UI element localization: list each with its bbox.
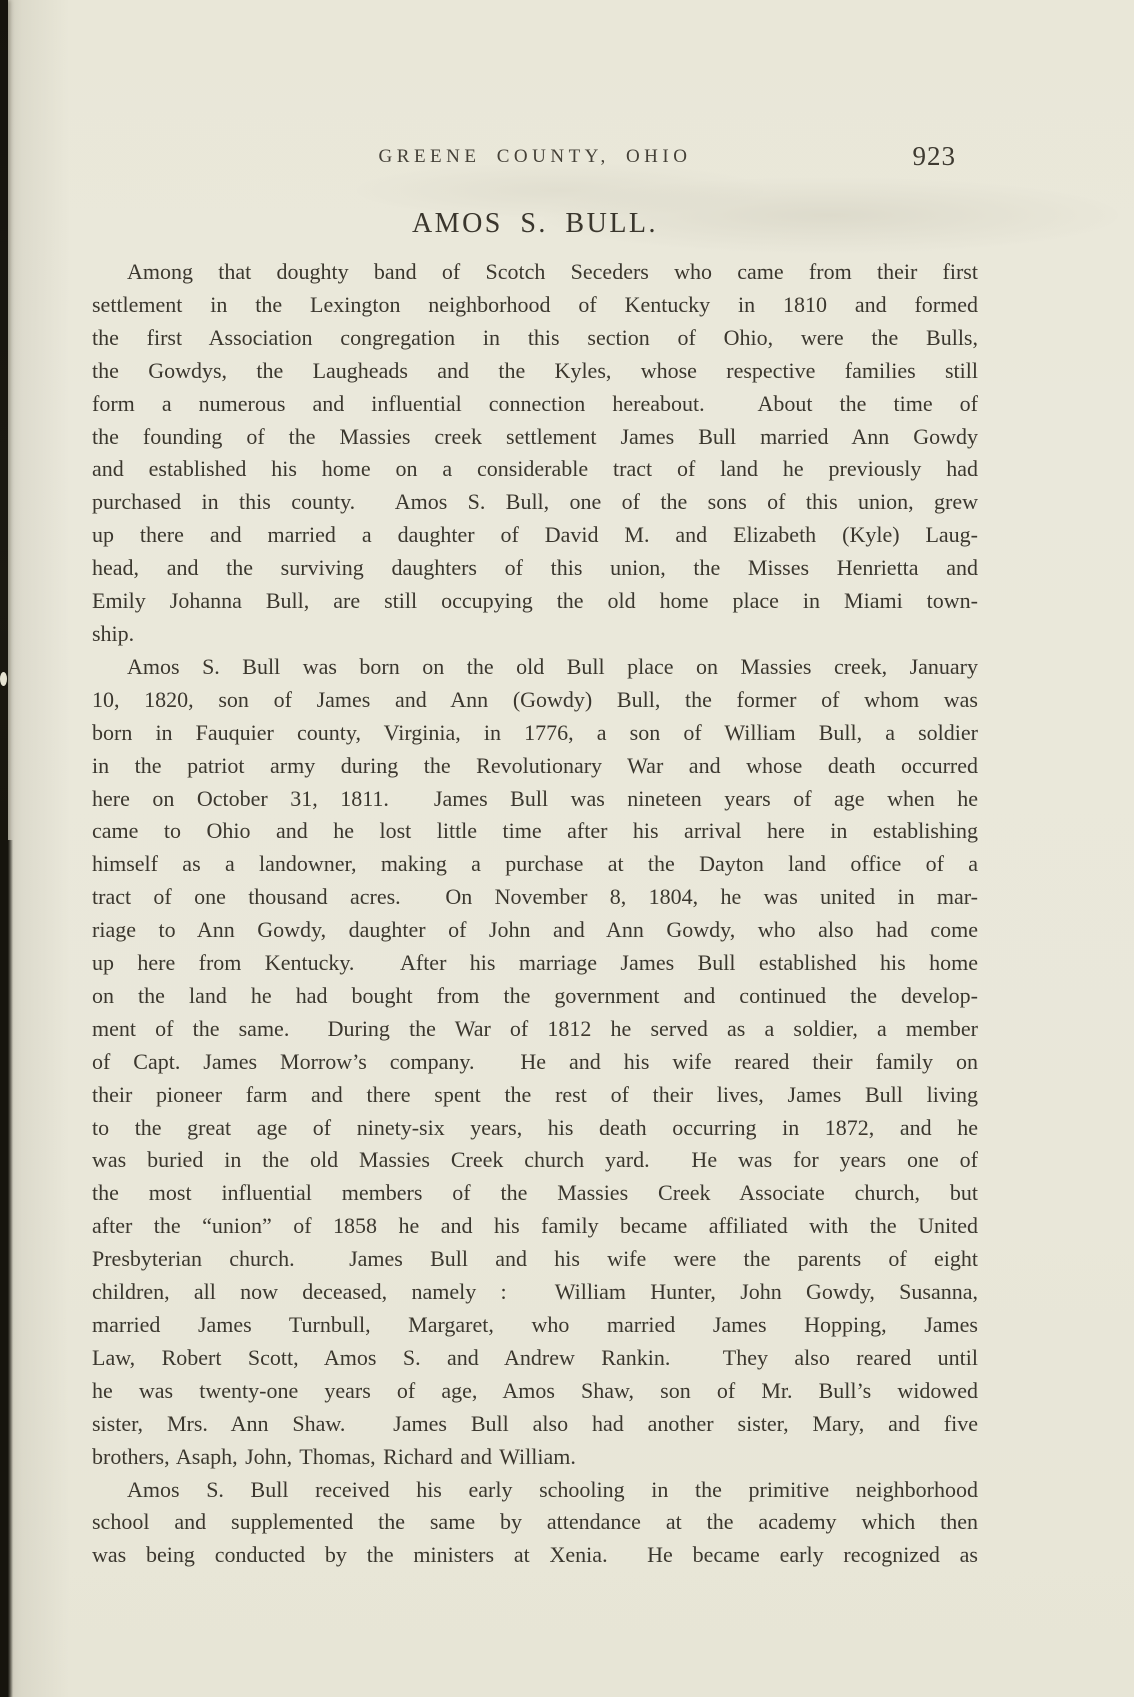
scanned-page: GREENE COUNTY, OHIO 923 AMOS S. BULL. Am… (0, 0, 1134, 1697)
text-line: ment of the same. During the War of 1812… (92, 1013, 978, 1046)
text-line: came to Ohio and he lost little time aft… (92, 815, 978, 848)
text-line: Amos S. Bull received his early schoolin… (92, 1474, 978, 1507)
text-line: after the “union” of 1858 he and his fam… (92, 1210, 978, 1243)
text-line: Emily Johanna Bull, are still occupying … (92, 585, 978, 618)
text-line: Amos S. Bull was born on the old Bull pl… (92, 651, 978, 684)
paragraph: Amos S. Bull received his early schoolin… (92, 1474, 978, 1573)
text-line: Law, Robert Scott, Amos S. and Andrew Ra… (92, 1342, 978, 1375)
text-line: he was twenty-one years of age, Amos Sha… (92, 1375, 978, 1408)
text-line: Presbyterian church. James Bull and his … (92, 1243, 978, 1276)
text-line: born in Fauquier county, Virginia, in 17… (92, 717, 978, 750)
text-line: settlement in the Lexington neighborhood… (92, 289, 978, 322)
scan-speck (0, 672, 7, 686)
text-line: tract of one thousand acres. On November… (92, 881, 978, 914)
text-line: and established his home on a considerab… (92, 453, 978, 486)
paragraph: Among that doughty band of Scotch Secede… (92, 256, 978, 651)
text-line: the first Association congregation in th… (92, 322, 978, 355)
page-number: 923 (913, 141, 957, 172)
text-line: 10, 1820, son of James and Ann (Gowdy) B… (92, 684, 978, 717)
text-line: the founding of the Massies creek settle… (92, 421, 978, 454)
text-line: head, and the surviving daughters of thi… (92, 552, 978, 585)
text-line: on the land he had bought from the gover… (92, 980, 978, 1013)
text-line: form a numerous and influential connecti… (92, 388, 978, 421)
text-line: purchased in this county. Amos S. Bull, … (92, 486, 978, 519)
text-line: Among that doughty band of Scotch Secede… (92, 256, 978, 289)
running-header: GREENE COUNTY, OHIO 923 (92, 146, 978, 176)
text-line: himself as a landowner, making a purchas… (92, 848, 978, 881)
text-line: to the great age of ninety-six years, hi… (92, 1112, 978, 1145)
text-line: was being conducted by the ministers at … (92, 1539, 978, 1572)
article-body: Among that doughty band of Scotch Secede… (92, 256, 978, 1572)
running-header-title: GREENE COUNTY, OHIO (92, 146, 978, 168)
text-line: married James Turnbull, Margaret, who ma… (92, 1309, 978, 1342)
scan-gutter-edge-lower (0, 840, 13, 1697)
text-line: up here from Kentucky. After his marriag… (92, 947, 978, 980)
text-line: their pioneer farm and there spent the r… (92, 1079, 978, 1112)
text-line: children, all now deceased, namely : Wil… (92, 1276, 978, 1309)
article-title: AMOS S. BULL. (92, 208, 978, 240)
text-line: the most influential members of the Mass… (92, 1177, 978, 1210)
paragraph: Amos S. Bull was born on the old Bull pl… (92, 651, 978, 1474)
text-line: ship. (92, 618, 978, 651)
text-line: of Capt. James Morrow’s company. He and … (92, 1046, 978, 1079)
text-line: the Gowdys, the Laugheads and the Kyles,… (92, 355, 978, 388)
text-line: up there and married a daughter of David… (92, 519, 978, 552)
text-line: sister, Mrs. Ann Shaw. James Bull also h… (92, 1408, 978, 1441)
text-line: here on October 31, 1811. James Bull was… (92, 783, 978, 816)
text-line: was buried in the old Massies Creek chur… (92, 1144, 978, 1177)
text-line: brothers, Asaph, John, Thomas, Richard a… (92, 1441, 978, 1474)
text-line: school and supplemented the same by atte… (92, 1506, 978, 1539)
text-line: in the patriot army during the Revolutio… (92, 750, 978, 783)
text-line: riage to Ann Gowdy, daughter of John and… (92, 914, 978, 947)
